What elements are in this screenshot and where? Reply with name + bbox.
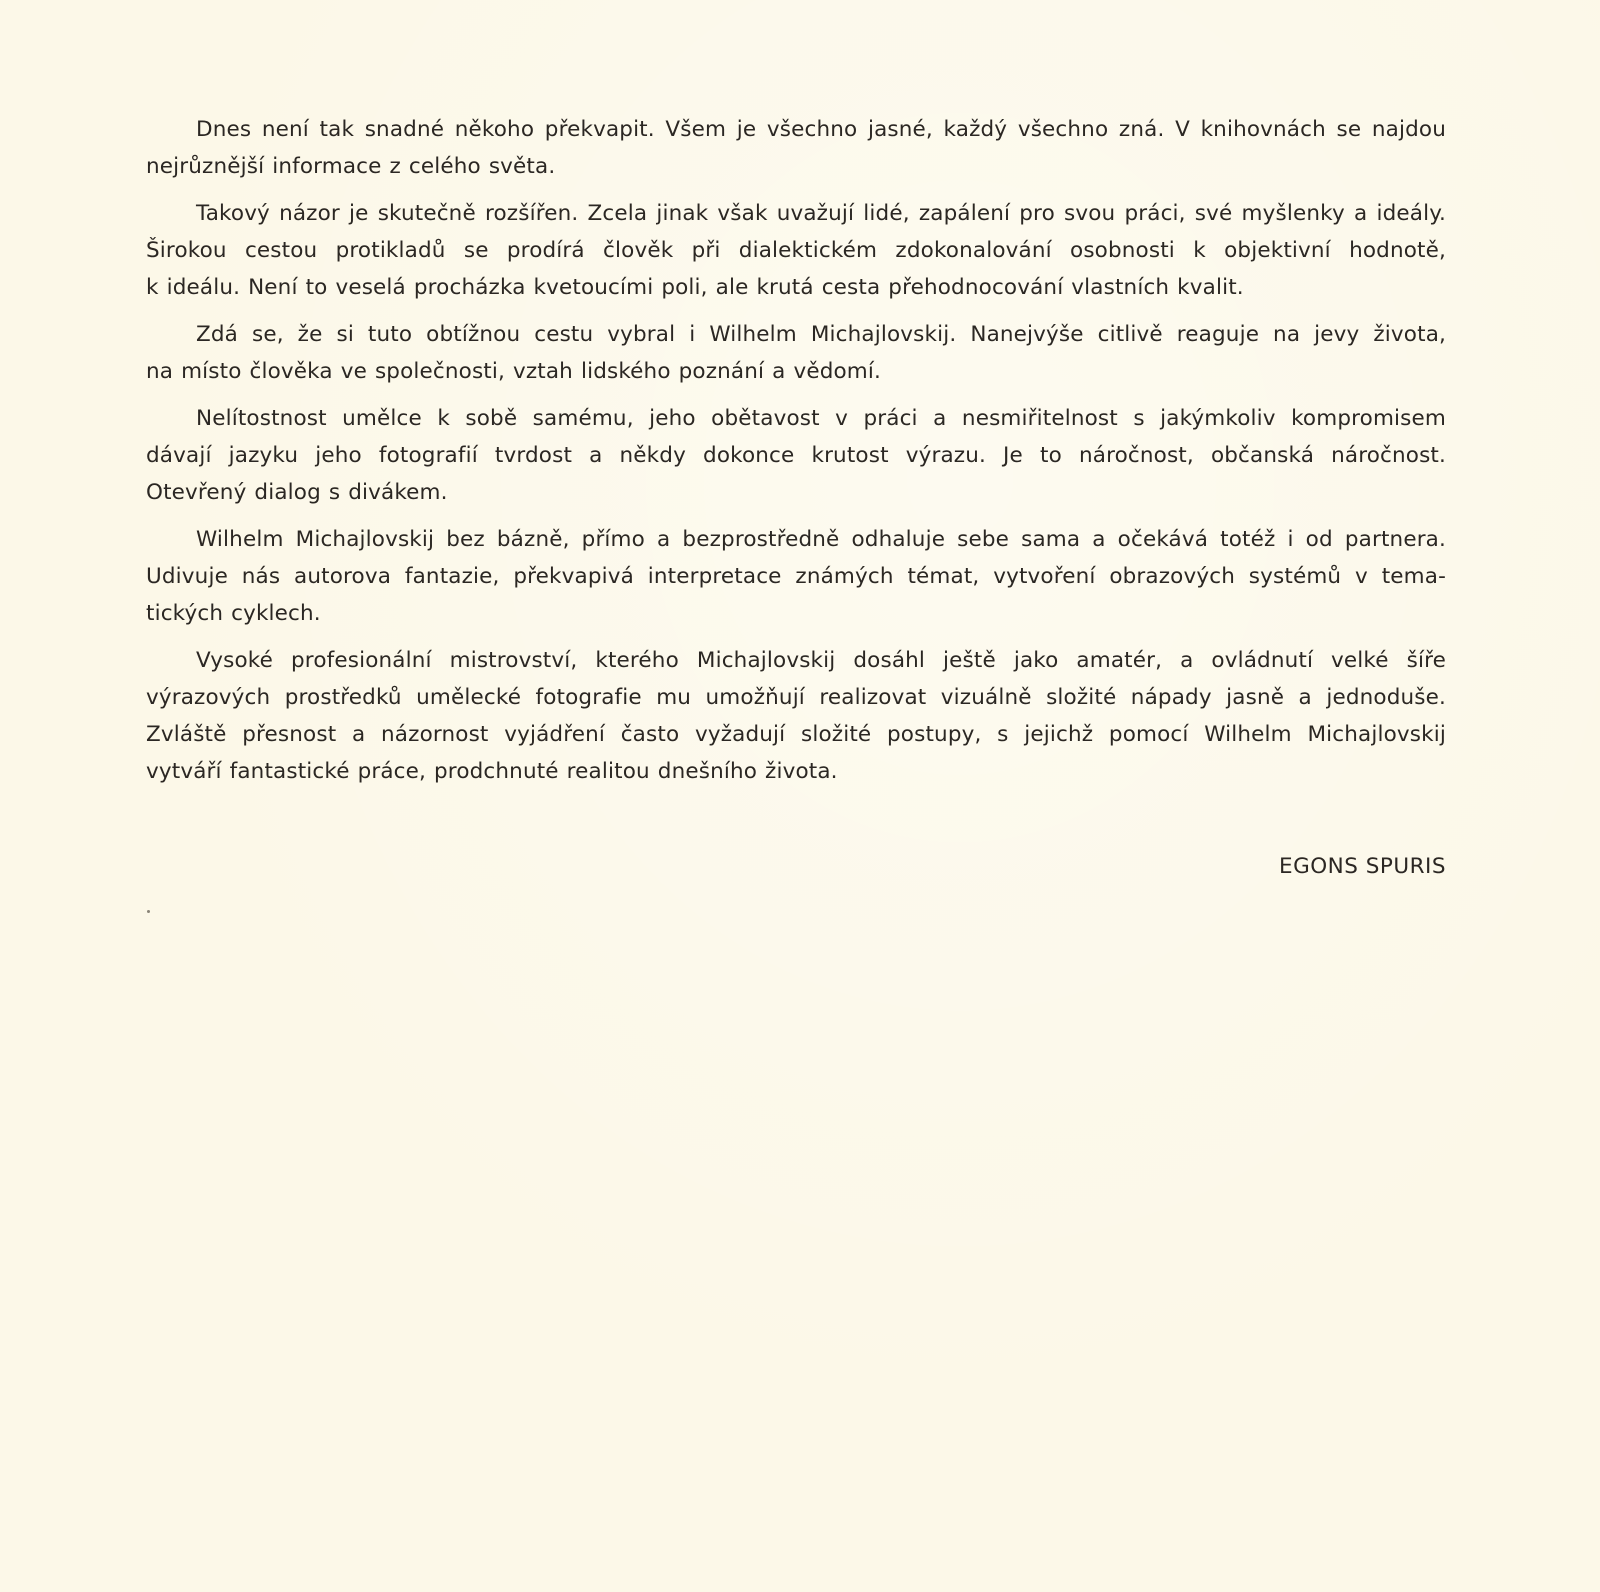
essay-body: Dnes není tak snadné někoho překvapit. V… xyxy=(146,111,1446,800)
text-line: Wilhelm Michajlovskij bez bázně, přímo a… xyxy=(146,521,1446,558)
paragraph-5: Wilhelm Michajlovskij bez bázně, přímo a… xyxy=(146,521,1446,632)
text-line: nejrůznější informace z celého světa. xyxy=(146,148,1446,185)
text-line: Udivuje nás autorova fantazie, překvapiv… xyxy=(146,558,1446,595)
text-line: Takový názor je skutečně rozšířen. Zcela… xyxy=(146,195,1446,232)
paragraph-3: Zdá se, že si tuto obtížnou cestu vybral… xyxy=(146,316,1446,390)
text-line: Dnes není tak snadné někoho překvapit. V… xyxy=(146,111,1446,148)
text-line: dávají jazyku jeho fotografií tvrdost a … xyxy=(146,437,1446,474)
text-line: k ideálu. Není to veselá procházka kveto… xyxy=(146,269,1446,306)
paragraph-2: Takový názor je skutečně rozšířen. Zcela… xyxy=(146,195,1446,306)
scanned-page: Dnes není tak snadné někoho překvapit. V… xyxy=(0,0,1600,1592)
text-line: tických cyklech. xyxy=(146,595,1446,632)
paper-speck xyxy=(147,910,150,913)
text-line: Nelítostnost umělce k sobě samému, jeho … xyxy=(146,400,1446,437)
text-line: Otevřený dialog s divákem. xyxy=(146,474,1446,511)
text-line: Vysoké profesionální mistrovství, kteréh… xyxy=(146,642,1446,679)
paragraph-1: Dnes není tak snadné někoho překvapit. V… xyxy=(146,111,1446,185)
paragraph-4: Nelítostnost umělce k sobě samému, jeho … xyxy=(146,400,1446,511)
text-line: výrazových prostředků umělecké fotografi… xyxy=(146,679,1446,716)
text-line: vytváří fantastické práce, prodchnuté re… xyxy=(146,753,1446,790)
text-line: Zdá se, že si tuto obtížnou cestu vybral… xyxy=(146,316,1446,353)
author-signature: EGONS SPURIS xyxy=(1100,848,1446,885)
text-line: na místo člověka ve společnosti, vztah l… xyxy=(146,353,1446,390)
text-line: Zvláště přesnost a názornost vyjádření č… xyxy=(146,716,1446,753)
text-line: Širokou cestou protikladů se prodírá člo… xyxy=(146,232,1446,269)
paragraph-6: Vysoké profesionální mistrovství, kteréh… xyxy=(146,642,1446,790)
